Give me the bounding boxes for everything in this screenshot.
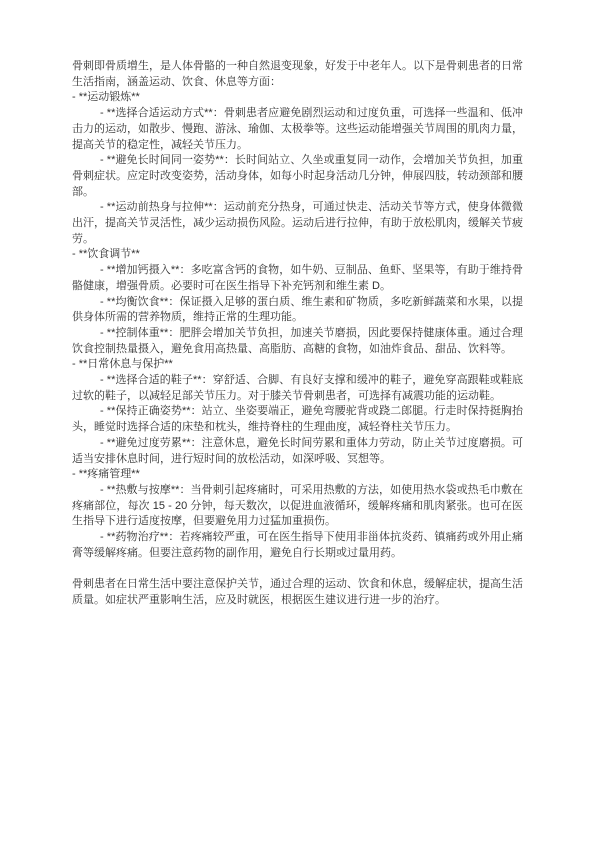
- sub-bullet-avoid-fatigue: - **避免过度劳累**：注意休息，避免长时间劳累和重体力劳动，防止关节过度磨损…: [72, 436, 523, 467]
- intro-paragraph: 骨刺即骨质增生，是人体骨骼的一种自然退变现象，好发于中老年人。以下是骨刺患者的日…: [72, 59, 523, 90]
- section-bullet-pain-management: - **疼痛管理**: [72, 467, 523, 483]
- section-bullet-rest-protection: - **日常休息与保护**: [72, 357, 523, 373]
- sub-bullet-warmup-stretch: - **运动前热身与拉伸**：运动前充分热身，可通过快走、活动关节等方式，使身体…: [72, 200, 523, 247]
- sub-bullet-exercise-type: - **选择合适运动方式**：骨刺患者应避免剧烈运动和过度负重，可选择一些温和、…: [72, 106, 523, 153]
- sub-bullet-posture: - **保持正确姿势**：站立、坐姿要端正，避免弯腰驼背或跷二郎腿。行走时保持挺…: [72, 404, 523, 435]
- sub-bullet-shoes: - **选择合适的鞋子**：穿舒适、合脚、有良好支撑和缓冲的鞋子，避免穿高跟鞋或…: [72, 373, 523, 404]
- sub-bullet-avoid-same-posture: - **避免长时间同一姿势**：长时间站立、久坐或重复同一动作，会增加关节负担，…: [72, 153, 523, 200]
- sub-bullet-balanced-diet: - **均衡饮食**：保证摄入足够的蛋白质、维生素和矿物质，多吃新鲜蔬菜和水果，…: [72, 295, 523, 326]
- outro-paragraph: 骨刺患者在日常生活中要注意保护关节，通过合理的运动、饮食和休息，缓解症状，提高生…: [72, 577, 523, 608]
- section-bullet-diet: - **饮食调节**: [72, 247, 523, 263]
- section-bullet-exercise: - **运动锻炼**: [72, 90, 523, 106]
- sub-bullet-medication: - **药物治疗**：若疼痛较严重，可在医生指导下使用非甾体抗炎药、镇痛药或外用…: [72, 530, 523, 561]
- sub-bullet-weight-control: - **控制体重**：肥胖会增加关节负担，加速关节磨损，因此要保持健康体重。通过…: [72, 326, 523, 357]
- sub-bullet-calcium: - **增加钙摄入**：多吃富含钙的食物，如牛奶、豆制品、鱼虾、坚果等，有助于维…: [72, 263, 523, 294]
- document-page: 骨刺即骨质增生，是人体骨骼的一种自然退变现象，好发于中老年人。以下是骨刺患者的日…: [0, 0, 595, 841]
- sub-bullet-heat-massage: - **热敷与按摩**：当骨刺引起疼痛时，可采用热敷的方法，如使用热水袋或热毛巾…: [72, 483, 523, 530]
